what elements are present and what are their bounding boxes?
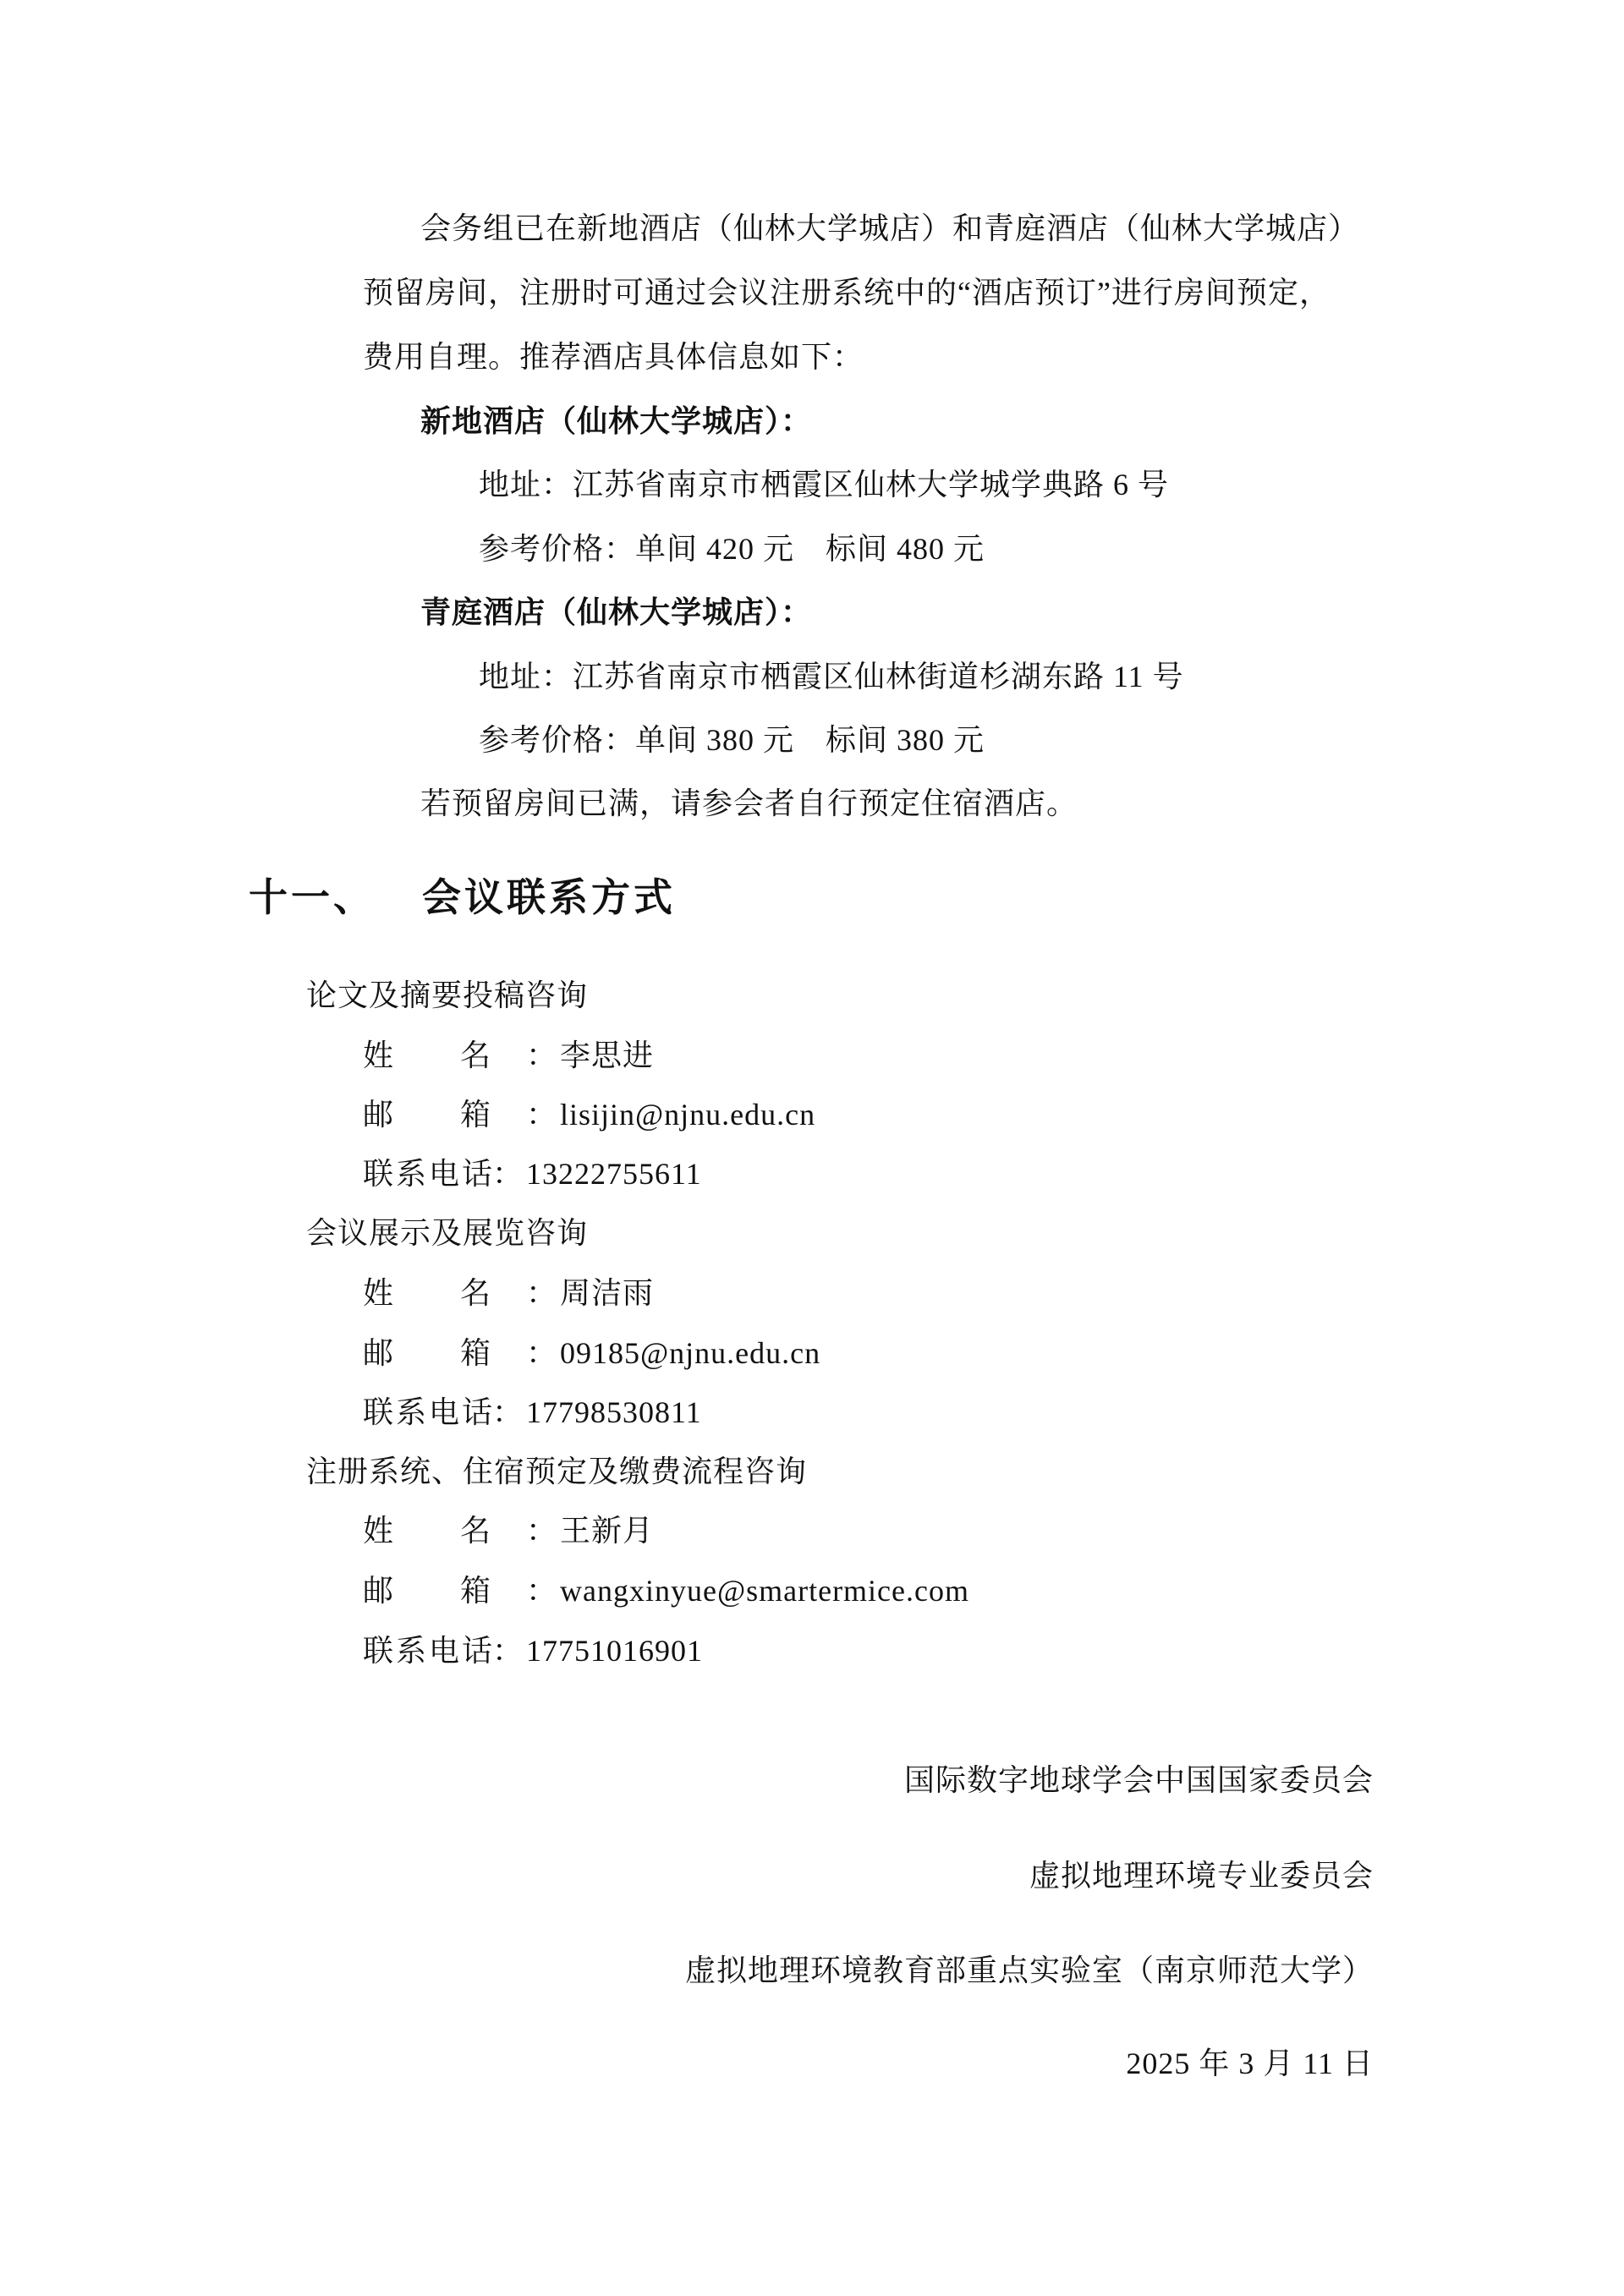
contact-group-2-phone-row: 联系电话：17798530811: [363, 1395, 702, 1429]
contact-group-2-email-row: 邮箱 ：09185@njnu.edu.cn: [363, 1336, 820, 1370]
contact-group-2-title: 会议展示及展览咨询: [306, 1216, 588, 1250]
hotel-intro-line-3: 费用自理。推荐酒店具体信息如下：: [363, 340, 864, 374]
contact-email: lisijin@njnu.edu.cn: [560, 1098, 815, 1132]
section-heading: 十一、会议联系方式: [249, 876, 676, 920]
hotel-2-price: 参考价格：单间 380 元 标间 380 元: [479, 723, 985, 757]
section-number: 十一、: [249, 876, 422, 920]
label-colon: ：: [526, 1574, 560, 1608]
contact-phone: 17751016901: [526, 1634, 703, 1668]
contact-group-3-title: 注册系统、住宿预定及缴费流程咨询: [306, 1455, 807, 1488]
contact-phone: 17798530811: [526, 1395, 702, 1429]
label-colon: ：: [526, 1098, 560, 1132]
label-colon: ：: [526, 1038, 560, 1072]
label-name-b: 名: [460, 1514, 491, 1548]
hotel-1-price: 参考价格：单间 420 元 标间 480 元: [479, 532, 985, 566]
label-phone: 联系电话: [363, 1395, 492, 1429]
contact-group-3-email-row: 邮箱 ：wangxinyue@smartermice.com: [363, 1574, 969, 1608]
label-name-a: 姓: [363, 1514, 394, 1548]
label-email-a: 邮: [363, 1336, 394, 1370]
label-name-b: 名: [460, 1038, 491, 1072]
section-title: 会议联系方式: [422, 876, 676, 919]
label-colon: ：: [492, 1157, 526, 1191]
label-email-b: 箱: [460, 1098, 491, 1132]
signature-org-2: 虚拟地理环境专业委员会: [1029, 1859, 1374, 1893]
signature-org-1: 国际数字地球学会中国国家委员会: [904, 1763, 1374, 1797]
hotel-1-address: 地址：江苏省南京市栖霞区仙林大学城学典路 6 号: [479, 468, 1169, 501]
label-email-a: 邮: [363, 1098, 394, 1132]
document-page: 会务组已在新地酒店（仙林大学城店）和青庭酒店（仙林大学城店） 预留房间，注册时可…: [0, 0, 1624, 2296]
contact-name: 王新月: [560, 1514, 654, 1548]
label-colon: ：: [492, 1395, 526, 1429]
label-email-a: 邮: [363, 1574, 394, 1608]
hotel-note: 若预留房间已满，请参会者自行预定住宿酒店。: [420, 786, 1078, 820]
contact-group-1-name-row: 姓名 ：李思进: [363, 1038, 654, 1072]
label-colon: ：: [526, 1336, 560, 1370]
contact-group-3-phone-row: 联系电话：17751016901: [363, 1634, 703, 1668]
contact-group-1-phone-row: 联系电话：13222755611: [363, 1157, 702, 1191]
hotel-1-name: 新地酒店（仙林大学城店）：: [420, 404, 812, 438]
label-phone: 联系电话: [363, 1157, 492, 1191]
contact-name: 李思进: [560, 1038, 654, 1072]
hotel-intro-line-2: 预留房间，注册时可通过会议注册系统中的“酒店预订”进行房间预定，: [363, 276, 1330, 310]
label-email-b: 箱: [460, 1574, 491, 1608]
label-colon: ：: [492, 1634, 526, 1668]
label-colon: ：: [526, 1276, 560, 1310]
contact-email: 09185@njnu.edu.cn: [560, 1336, 820, 1370]
label-email-b: 箱: [460, 1336, 491, 1370]
contact-group-3-name-row: 姓名 ：王新月: [363, 1514, 654, 1548]
contact-group-1-email-row: 邮箱 ：lisijin@njnu.edu.cn: [363, 1098, 815, 1132]
signature-date: 2025 年 3 月 11 日: [1126, 2047, 1374, 2080]
hotel-2-address: 地址：江苏省南京市栖霞区仙林街道杉湖东路 11 号: [479, 660, 1184, 693]
label-name-a: 姓: [363, 1276, 394, 1310]
contact-name: 周洁雨: [560, 1276, 654, 1310]
hotel-2-name: 青庭酒店（仙林大学城店）：: [420, 595, 812, 629]
contact-email: wangxinyue@smartermice.com: [560, 1574, 969, 1608]
hotel-intro-line-1: 会务组已在新地酒店（仙林大学城店）和青庭酒店（仙林大学城店）: [420, 211, 1359, 245]
label-phone: 联系电话: [363, 1634, 492, 1668]
label-name-a: 姓: [363, 1038, 394, 1072]
contact-phone: 13222755611: [526, 1157, 702, 1191]
signature-org-3: 虚拟地理环境教育部重点实验室（南京师范大学）: [685, 1954, 1374, 1987]
label-colon: ：: [526, 1514, 560, 1548]
contact-group-1-title: 论文及摘要投稿咨询: [306, 978, 588, 1012]
contact-group-2-name-row: 姓名 ：周洁雨: [363, 1276, 654, 1310]
label-name-b: 名: [460, 1276, 491, 1310]
